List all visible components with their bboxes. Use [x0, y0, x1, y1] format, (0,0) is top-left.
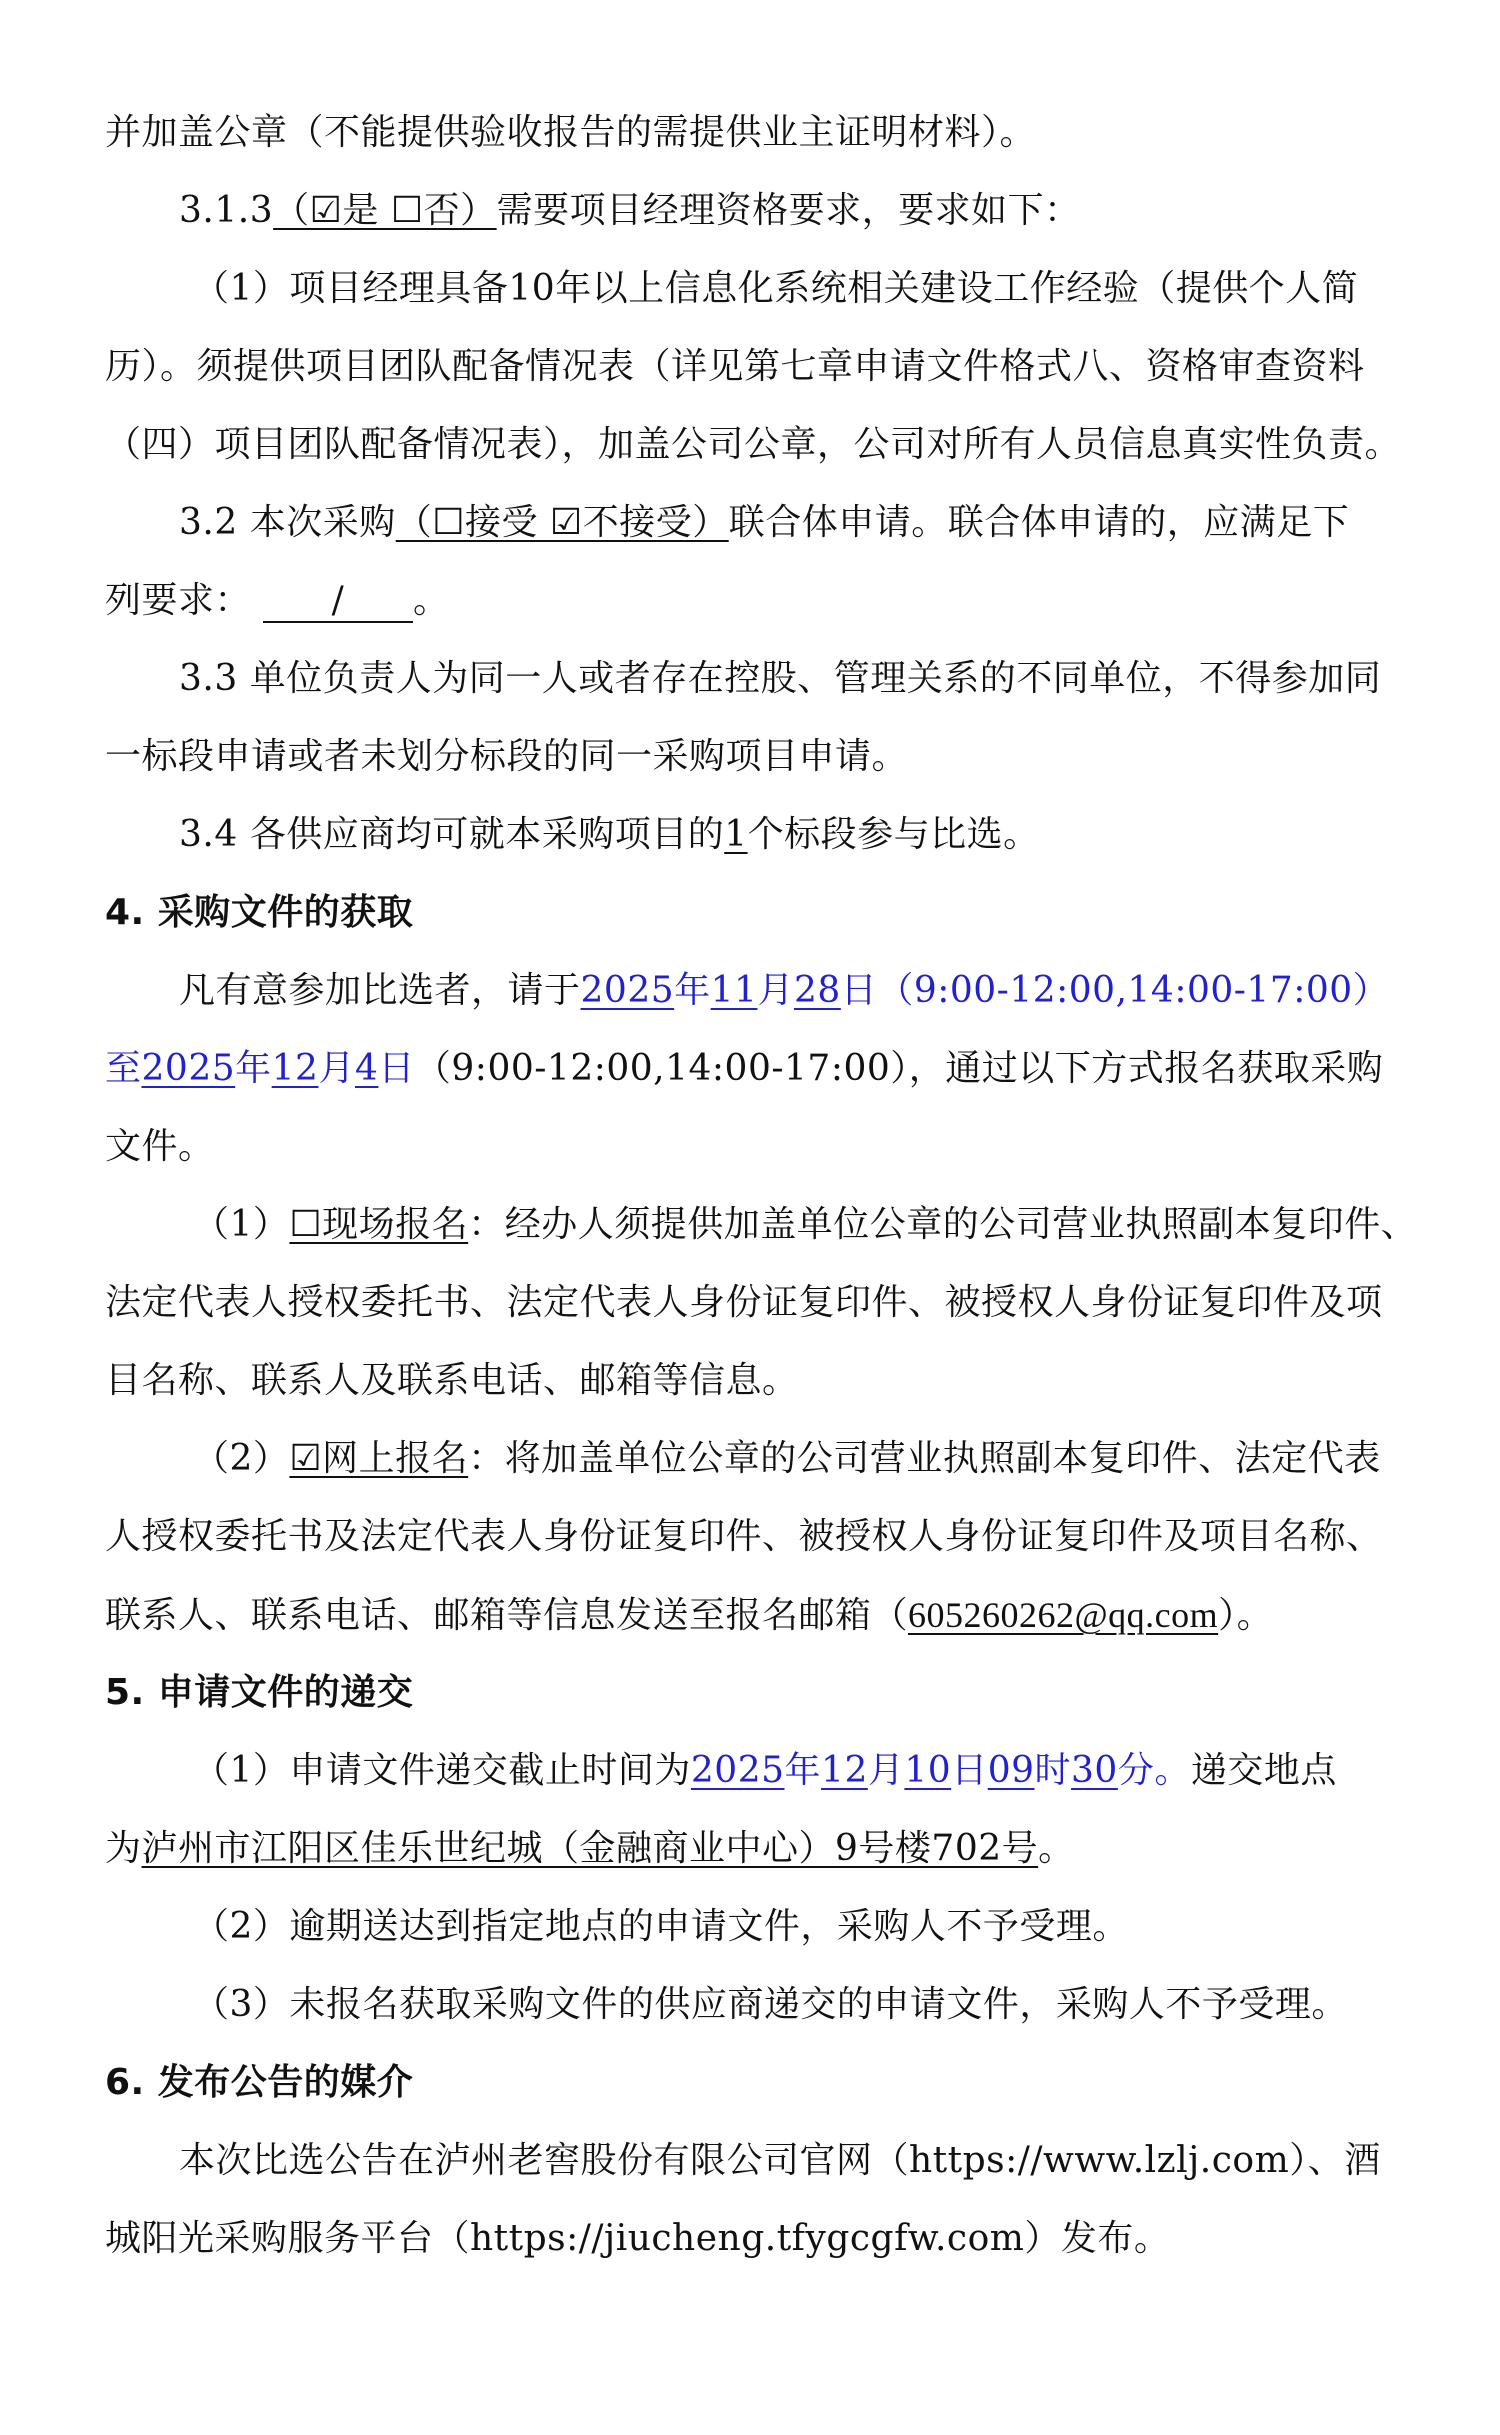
submission-address: 泸州市江阳区佳乐世纪城（金融商业中心）9号楼702号 [142, 1828, 1039, 1869]
clause-text: 联系人、联系电话、邮箱等信息发送至报名邮箱（ [105, 1595, 908, 1636]
end-month: 12 [272, 1048, 319, 1089]
clause-text: ：经办人须提供加盖单位公章的公司营业执照副本复印件、 [468, 1204, 1417, 1245]
paragraph-line: 城阳光采购服务平台（https://jiucheng.tfygcgfw.com）… [105, 2214, 1405, 2292]
unit-text: 年 [785, 1750, 822, 1791]
paragraph-line: 联系人、联系电话、邮箱等信息发送至报名邮箱（605260262@qq.com）。 [105, 1590, 1405, 1668]
paragraph-line: 目名称、联系人及联系电话、邮箱等信息。 [105, 1356, 1405, 1434]
unit-text: 至 [105, 1048, 142, 1089]
clause-text: ）。 [1218, 1595, 1273, 1636]
clause-text: 凡有意参加比选者，请于 [179, 970, 581, 1011]
checkbox-option-consortium: （☐接受 ☑不接受） [396, 502, 729, 543]
deadline-day: 10 [904, 1750, 951, 1791]
paragraph-line: 人授权委托书及法定代表人身份证复印件、被授权人身份证复印件及项目名称、 [105, 1512, 1405, 1590]
clause-text: （1）申请文件递交截止时间为 [193, 1750, 691, 1791]
deadline-minute: 30 [1071, 1750, 1118, 1791]
paragraph-line: （四）项目团队配备情况表），加盖公司公章，公司对所有人员信息真实性负责。 [105, 420, 1405, 498]
clause-text: 3.2 本次采购 [179, 502, 396, 543]
paragraph-line: 至2025年12月4日（9:00-12:00,14:00-17:00），通过以下… [105, 1044, 1405, 1122]
paragraph-line: （3）未报名获取采购文件的供应商递交的申请文件，采购人不予受理。 [105, 1980, 1405, 2058]
clause-text: ：将加盖单位公章的公司营业执照副本复印件、法定代表 [468, 1438, 1381, 1479]
onsite-registration: （1）☐现场报名：经办人须提供加盖单位公章的公司营业执照副本复印件、 [105, 1200, 1405, 1278]
paragraph-line: 法定代表人授权委托书、法定代表人身份证复印件、被授权人身份证复印件及项 [105, 1278, 1405, 1356]
start-year: 2025 [581, 970, 675, 1011]
unit-text: 日 [378, 1048, 415, 1089]
paragraph-line: （1）申请文件递交截止时间为2025年12月10日09时30分。递交地点 [105, 1746, 1405, 1824]
end-day: 4 [355, 1048, 378, 1089]
period: 。 [413, 580, 450, 621]
unit-text: 年 [674, 970, 711, 1011]
paragraph-line: 并加盖公章（不能提供验收报告的需提供业主证明材料）。 [105, 108, 1405, 186]
unit-text: 分。 [1118, 1750, 1191, 1791]
unit-text: 年 [235, 1048, 272, 1089]
unit-text: 时 [1035, 1750, 1072, 1791]
unit-text: 月 [868, 1750, 905, 1791]
clause-3-1-3: 3.1.3（☑是 ☐否）需要项目经理资格要求，要求如下： [105, 186, 1405, 264]
paragraph-line: 凡有意参加比选者，请于2025年11月28日（9:00-12:00,14:00-… [105, 966, 1405, 1044]
clause-text: （9:00-12:00,14:00-17:00），通过以下方式报名获取采购 [415, 1048, 1383, 1089]
registration-email-link[interactable]: 605260262@qq.com [908, 1595, 1218, 1635]
clause-3-4: 3.4 各供应商均可就本采购项目的1个标段参与比选。 [105, 810, 1405, 888]
unit-text: 日 [841, 970, 878, 1011]
clause-text: 个标段参与比选。 [748, 814, 1040, 855]
clause-number: 3.1.3 [179, 190, 273, 231]
period: 。 [1038, 1828, 1075, 1869]
unit-text: 月 [318, 1048, 355, 1089]
clause-text: 联合体申请。联合体申请的，应满足下 [729, 502, 1350, 543]
paragraph-line: 文件。 [105, 1122, 1405, 1200]
office-hours: （9:00-12:00,14:00-17:00） [877, 970, 1389, 1011]
blank-field: / [263, 581, 413, 623]
end-year: 2025 [142, 1048, 236, 1089]
deadline-month: 12 [821, 1750, 868, 1791]
document-page: 并加盖公章（不能提供验收报告的需提供业主证明材料）。 3.1.3（☑是 ☐否）需… [105, 108, 1405, 2292]
paragraph-line: 列要求： /。 [105, 576, 1405, 654]
deadline-hour: 09 [988, 1750, 1035, 1791]
section-heading-4: 4. 采购文件的获取 [105, 888, 1405, 966]
unit-text: 月 [757, 970, 794, 1011]
clause-text: 需要项目经理资格要求，要求如下： [497, 190, 1081, 231]
online-registration: （2）☑网上报名：将加盖单位公章的公司营业执照副本复印件、法定代表 [105, 1434, 1405, 1512]
clause-text: 为 [105, 1828, 142, 1869]
paragraph-line: （1）项目经理具备10年以上信息化系统相关建设工作经验（提供个人简 [105, 264, 1405, 342]
clause-3-3: 3.3 单位负责人为同一人或者存在控股、管理关系的不同单位，不得参加同 [105, 654, 1405, 732]
item-number: （2） [193, 1438, 289, 1479]
checkbox-onsite-registration: ☐现场报名 [289, 1204, 468, 1245]
unit-text: 日 [951, 1750, 988, 1791]
paragraph-line: 为泸州市江阳区佳乐世纪城（金融商业中心）9号楼702号。 [105, 1824, 1405, 1902]
clause-3-2: 3.2 本次采购（☐接受 ☑不接受）联合体申请。联合体申请的，应满足下 [105, 498, 1405, 576]
paragraph-line: 本次比选公告在泸州老窖股份有限公司官网（https://www.lzlj.com… [105, 2136, 1405, 2214]
start-day: 28 [794, 970, 841, 1011]
section-heading-5: 5. 申请文件的递交 [105, 1668, 1405, 1746]
clause-text: 列要求： [105, 580, 251, 621]
paragraph-line: 历）。须提供项目团队配备情况表（详见第七章申请文件格式八、资格审查资料 [105, 342, 1405, 420]
checkbox-option-yes-no: （☑是 ☐否） [273, 190, 497, 231]
paragraph-line: 一标段申请或者未划分标段的同一采购项目申请。 [105, 732, 1405, 810]
lot-count: 1 [724, 814, 747, 855]
section-heading-6: 6. 发布公告的媒介 [105, 2058, 1405, 2136]
clause-text: 递交地点 [1191, 1750, 1337, 1791]
item-number: （1） [193, 1204, 289, 1245]
deadline-year: 2025 [691, 1750, 785, 1791]
clause-text: 3.4 各供应商均可就本采购项目的 [179, 814, 724, 855]
paragraph-line: （2）逾期送达到指定地点的申请文件，采购人不予受理。 [105, 1902, 1405, 1980]
checkbox-online-registration: ☑网上报名 [289, 1438, 468, 1479]
start-month: 11 [711, 970, 758, 1011]
